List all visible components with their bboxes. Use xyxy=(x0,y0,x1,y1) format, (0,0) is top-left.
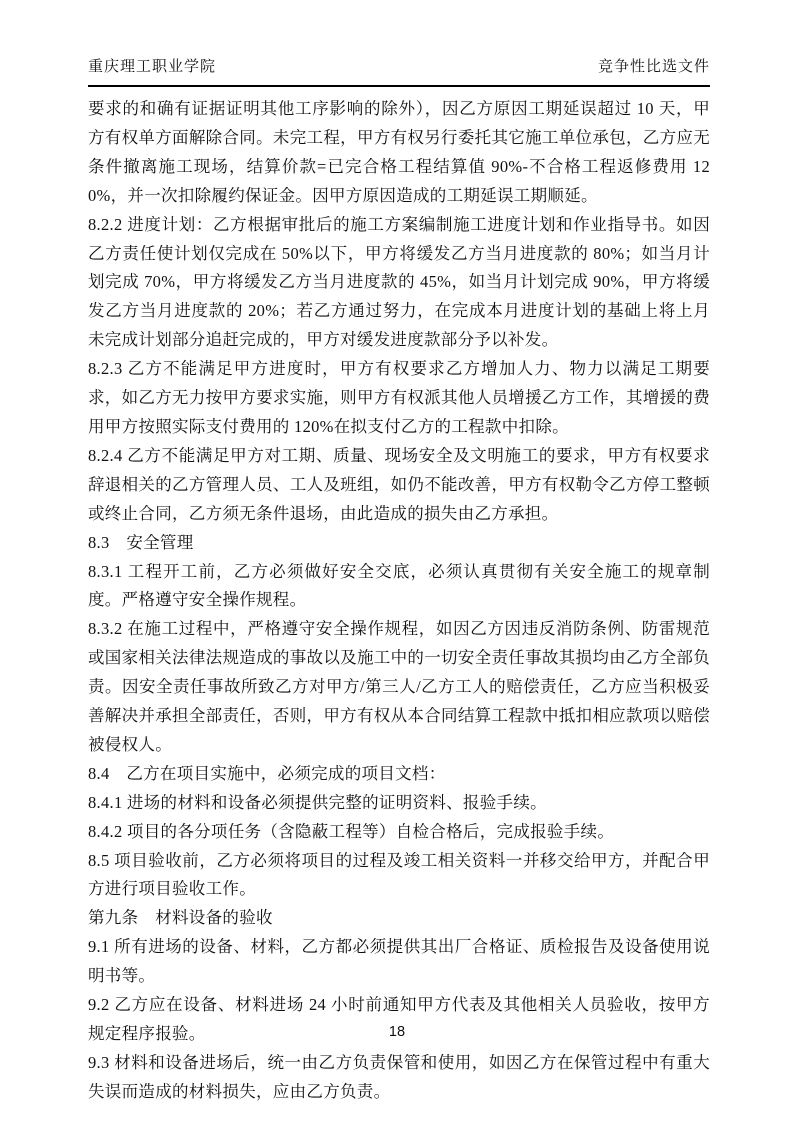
paragraph-clause-8-3-1: 8.3.1 工程开工前，乙方必须做好安全交底，必须认真贯彻有关安全施工的规章制度… xyxy=(88,558,710,616)
paragraph-clause-8-5: 8.5 项目验收前，乙方必须将项目的过程及竣工相关资料一并移交给甲方，并配合甲方… xyxy=(88,847,710,905)
document-page: 重庆理工职业学院 竞争性比选文件 要求的和确有证据证明其他工序影响的除外），因乙… xyxy=(0,0,794,1122)
paragraph-clause-8-2-1-continuation: 要求的和确有证据证明其他工序影响的除外），因乙方原因工期延误超过 10 天，甲方… xyxy=(88,95,710,211)
paragraph-clause-8-2-2: 8.2.2 进度计划：乙方根据审批后的施工方案编制施工进度计划和作业指导书。如因… xyxy=(88,211,710,356)
header-right-doc-type: 竞争性比选文件 xyxy=(598,55,710,76)
header-left-org-name: 重庆理工职业学院 xyxy=(88,55,216,76)
paragraph-clause-8-3-2: 8.3.2 在施工过程中，严格遵守安全操作规程，如因乙方因违反消防条例、防雷规范… xyxy=(88,615,710,760)
paragraph-clause-8-4-2: 8.4.2 项目的各分项任务（含隐蔽工程等）自检合格后，完成报验手续。 xyxy=(88,818,710,847)
heading-clause-8-3: 8.3 安全管理 xyxy=(88,529,710,558)
paragraph-clause-8-2-4: 8.2.4 乙方不能满足甲方对工期、质量、现场安全及文明施工的要求，甲方有权要求… xyxy=(88,442,710,529)
document-body: 要求的和确有证据证明其他工序影响的除外），因乙方原因工期延误超过 10 天，甲方… xyxy=(88,95,710,1107)
paragraph-clause-8-4-1: 8.4.1 进场的材料和设备必须提供完整的证明资料、报验手续。 xyxy=(88,789,710,818)
paragraph-clause-9-3: 9.3 材料和设备进场后，统一由乙方负责保管和使用，如因乙方在保管过程中有重大失… xyxy=(88,1049,710,1107)
heading-clause-8-4: 8.4 乙方在项目实施中，必须完成的项目文档： xyxy=(88,760,710,789)
paragraph-clause-9-1: 9.1 所有进场的设备、材料，乙方都必须提供其出厂合格证、质检报告及设备使用说明… xyxy=(88,933,710,991)
paragraph-clause-8-2-3: 8.2.3 乙方不能满足甲方进度时，甲方有权要求乙方增加人力、物力以满足工期要求… xyxy=(88,355,710,442)
paragraph-clause-9-2: 9.2 乙方应在设备、材料进场 24 小时前通知甲方代表及其他相关人员验收，按甲… xyxy=(88,991,710,1049)
page-header: 重庆理工职业学院 竞争性比选文件 xyxy=(88,0,710,87)
page-number: 18 xyxy=(0,1024,794,1040)
heading-article-9: 第九条 材料设备的验收 xyxy=(88,904,710,933)
